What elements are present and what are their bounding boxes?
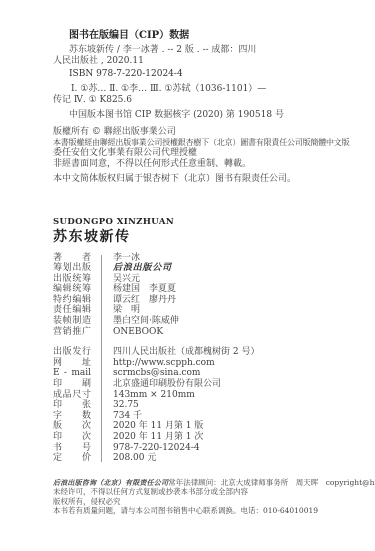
credit-row-price: 定 价 208.00 元 [53,453,359,464]
credit-label: 出版统筹 [53,274,91,285]
credit-row-planning-publisher: 筹划出版 后浪出版公司 [53,263,359,274]
credit-row-contributing-editor: 特约编辑 谭云红 廖丹丹 [53,295,359,306]
credit-row-printing: 印 次 2020 年 11 月第 1 次 [53,432,359,443]
credit-label: 书 号 [53,443,91,454]
credit-value: 北京盛通印刷股份有限公司 [113,379,221,390]
credit-label: 出版发行 [53,347,91,358]
credit-row-publisher: 出版发行 四川人民出版社（成都槐树街 2 号） [53,347,359,358]
credit-row-website: 网 址 http://www.scpph.com [53,358,359,369]
credit-value: 李一冰 [113,253,140,264]
credit-row-edition: 版 次 2020 年 11 月第 1 版 [53,421,359,432]
credit-label: 著 者 [53,253,91,264]
legal-counsel-text: 常年法律顾问：北京大成律师事务所 周天晖 copyright@hinabook.… [168,478,375,487]
legal-counsel-line: 后浪出版咨询（北京）有限责任公司常年法律顾问：北京大成律师事务所 周天晖 cop… [53,478,359,487]
credit-value: 734 千 [113,411,142,422]
credit-value: 208.00 元 [113,453,156,464]
credit-label: 装帧制造 [53,316,91,327]
credit-value: 四川人民出版社（成都槐树街 2 号） [113,347,259,358]
credit-row-marketing: 营销推广 ONEBOOK [53,327,359,338]
credit-label: 印 次 [53,432,91,443]
credit-value: 梁 明 [113,305,140,316]
license-grant-line: 本書版權經由聯經出版事業公司授權銀杏樹下（北京）圖書有限責任公司版簡體中文版 [53,138,359,149]
book-title-section: SUDONGPO XINZHUAN 苏东坡新传 [53,217,359,245]
book-title-chinese: 苏东坡新传 [53,229,359,245]
credits-divider [101,255,102,462]
credit-label: 印 刷 [53,379,91,390]
book-title-romanized: SUDONGPO XINZHUAN [53,217,359,227]
footer-legal-section: 后浪出版咨询（北京）有限责任公司常年法律顾问：北京大成律师事务所 周天晖 cop… [53,478,359,516]
credit-value: 2020 年 11 月第 1 次 [113,432,203,443]
credit-label: 筹划出版 [53,263,91,274]
credit-value: 吴兴元 [113,274,140,285]
credit-label: 印 张 [53,400,91,411]
credit-value: 143mm × 210mm [113,390,195,401]
cip-classification-line1: Ⅰ. ①苏… Ⅱ. ①李… Ⅲ. ①苏轼（1036-1101）— [53,84,359,95]
publisher-email: scrmcbs@sina.com [113,368,200,379]
no-copy-line: 未经许可，不得以任何方式复制或抄袭本书部分或全部内容 [53,487,359,496]
colophon-page: 图书在版编目（CIP）数据 苏东坡新传 / 李一冰著 . -- 2 版 . --… [0,0,375,551]
credit-row-editorial-coordinator: 编辑统筹 杨建国 李夏夏 [53,284,359,295]
credit-label: 营销推广 [53,327,91,338]
houlang-logo-text: 后浪出版公司 [113,263,172,274]
houlang-consulting-script: 后浪出版咨询（北京）有限责任公司 [53,478,168,487]
publisher-url: http://www.scpph.com [113,358,215,369]
credit-row-responsible-editor: 责任编辑 梁 明 [53,305,359,316]
cip-record-number: 中国版本图书馆 CIP 数据核字 (2020) 第 190518 号 [53,110,359,121]
credit-label: E - mail [53,368,91,379]
cip-classification-line2: 传记 Ⅳ. ① K825.6 [53,95,359,106]
isbn-line: ISBN 978-7-220-12024-4 [53,69,359,80]
credit-row-design: 装帧制造 墨白空间·陈威伸 [53,316,359,327]
credit-value: ONEBOOK [113,327,163,338]
all-rights-reserved-line: 版权所有，侵权必究 [53,497,359,506]
credit-row-author: 著 者 李一冰 [53,253,359,264]
credit-value: 杨建国 李夏夏 [113,284,176,295]
credit-row-trim-size: 成品尺寸 143mm × 210mm [53,390,359,401]
credit-row-book-number: 书 号 978-7-220-12024-4 [53,443,359,454]
credit-value: 谭云红 廖丹丹 [113,295,176,306]
copyright-section: 版權所有 © 聯經出版事業公司 本書版權經由聯經出版事業公司授權銀杏樹下（北京）… [53,127,359,185]
credit-value: 32.75 [113,400,139,411]
credit-row-email: E - mail scrmcbs@sina.com [53,368,359,379]
license-agent-line: 委任安伯文化事業有限公司代理授權 [53,148,359,159]
simplified-rights-line: 本中文简体版权归属于银杏树下（北京）图书有限责任公司。 [53,174,359,185]
credits-group-publication: 出版发行 四川人民出版社（成都槐树街 2 号） 网 址 http://www.s… [53,347,359,464]
credit-label: 特约编辑 [53,295,91,306]
credit-label: 责任编辑 [53,305,91,316]
credit-label: 字 数 [53,411,91,422]
credits-table: 著 者 李一冰 筹划出版 后浪出版公司 出版统筹 吴兴元 编辑统筹 杨建国 李夏… [53,253,359,464]
cip-section: 图书在版编目（CIP）数据 苏东坡新传 / 李一冰著 . -- 2 版 . --… [53,30,359,121]
credit-row-sheets: 印 张 32.75 [53,400,359,411]
no-reproduction-line: 非經書面同意，不得以任何形式任意重制、轉載。 [53,159,359,170]
credits-group-staff: 著 者 李一冰 筹划出版 后浪出版公司 出版统筹 吴兴元 编辑统筹 杨建国 李夏… [53,253,359,338]
cip-description-line1: 苏东坡新传 / 李一冰著 . -- 2 版 . -- 成都：四川 [53,45,359,56]
credit-value: 978-7-220-12024-4 [113,443,200,454]
credit-value: 2020 年 11 月第 1 版 [113,421,203,432]
credit-label: 定 价 [53,453,91,464]
cip-description-line2: 人民出版社 , 2020.11 [53,56,359,67]
credit-label: 成品尺寸 [53,390,91,401]
credit-row-publishing-coordinator: 出版统筹 吴兴元 [53,274,359,285]
credit-label: 版 次 [53,421,91,432]
credit-row-printer: 印 刷 北京盛通印刷股份有限公司 [53,379,359,390]
credit-value: 墨白空间·陈威伸 [113,316,179,327]
credit-row-word-count: 字 数 734 千 [53,411,359,422]
cip-heading: 图书在版编目（CIP）数据 [53,30,359,42]
copyright-holder-line: 版權所有 © 聯經出版事業公司 [53,127,359,138]
credit-label: 网 址 [53,358,91,369]
credit-label: 编辑统筹 [53,284,91,295]
quality-exchange-line: 本书若有质量问题，请与本公司图书销售中心联系调换。电话：010-64010019 [53,506,359,515]
